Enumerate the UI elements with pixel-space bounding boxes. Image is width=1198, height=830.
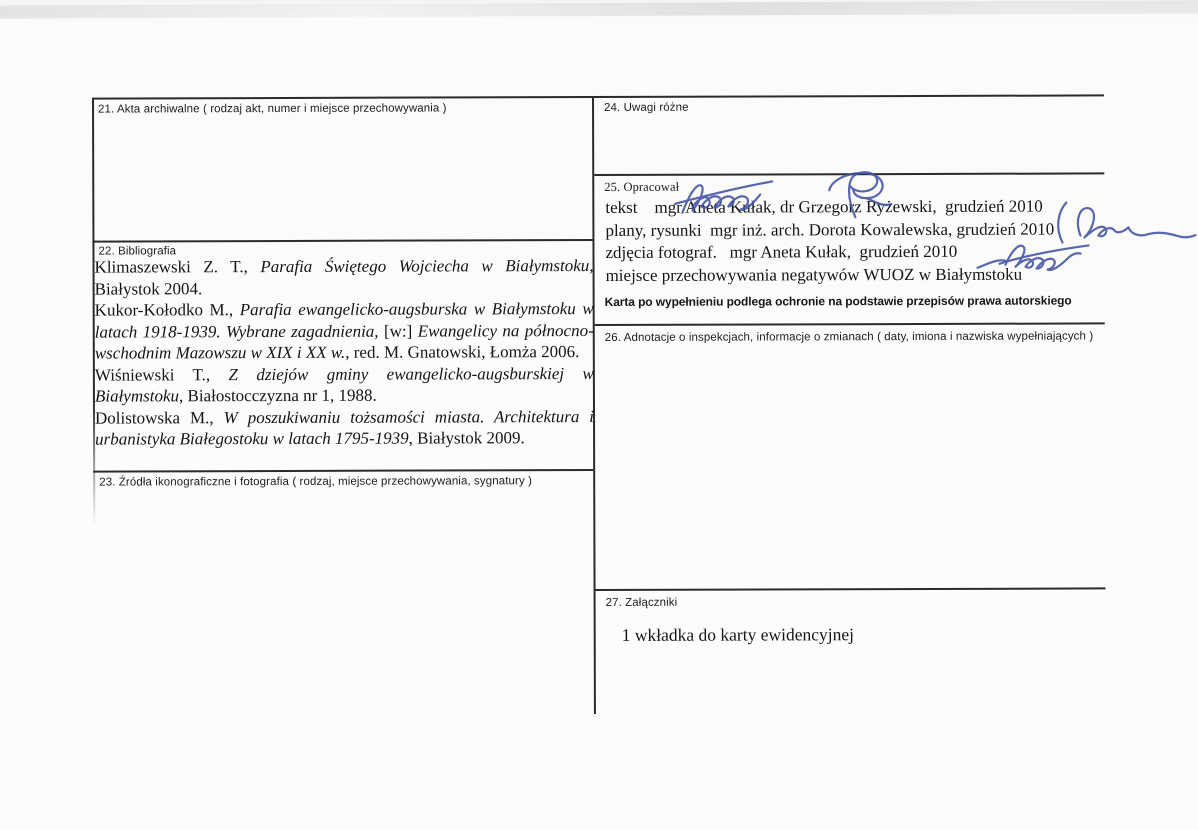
bibliography-text: Klimaszewski Z. T., Parafia Świętego Woj… [94,255,594,450]
signature-kulak-tekst-ink [672,176,780,216]
section-24-header: 24. Uwagi różne [604,102,689,114]
bibliography-entry: Wiśniewski T., Z dziejów gminy ewangelic… [95,363,594,408]
section-21-header: 21. Akta archiwalne ( rodzaj akt, numer … [98,102,447,115]
bibliography-entry: Kukor-Kołodko M., Parafia ewangelicko-au… [95,298,594,364]
border-section26-top [595,322,1105,326]
attachment-note: 1 wkładka do karty ewidencyjnej [622,624,854,646]
signature-ryzewski-ink [817,167,895,219]
section-27-header: 27. Załączniki [606,597,678,609]
border-section27-top [596,587,1106,591]
scanned-record-card-page: 21. Akta archiwalne ( rodzaj akt, numer … [0,0,1198,830]
copyright-notice: Karta po wypełnieniu podlega ochronie na… [605,293,1105,309]
signature-kulak-zdjecia-ink [975,236,1095,276]
border-section23-top [93,469,593,473]
record-card: 21. Akta archiwalne ( rodzaj akt, numer … [0,0,1198,830]
bibliography-entry: Klimaszewski Z. T., Parafia Świętego Woj… [94,255,593,300]
section-23-header: 23. Źródła ikonograficzne i fotografia (… [99,475,532,488]
border-left-col-top [92,96,592,100]
section-25-header: 25. Opracował [604,180,679,195]
border-section22-top [92,239,592,243]
border-right-col-top [594,94,1104,98]
section-26-header: 26. Adnotacje o inspekcjach, informacje … [605,330,1094,344]
bibliography-entry: Dolistowska M., W poszukiwaniu tożsamośc… [95,406,594,451]
